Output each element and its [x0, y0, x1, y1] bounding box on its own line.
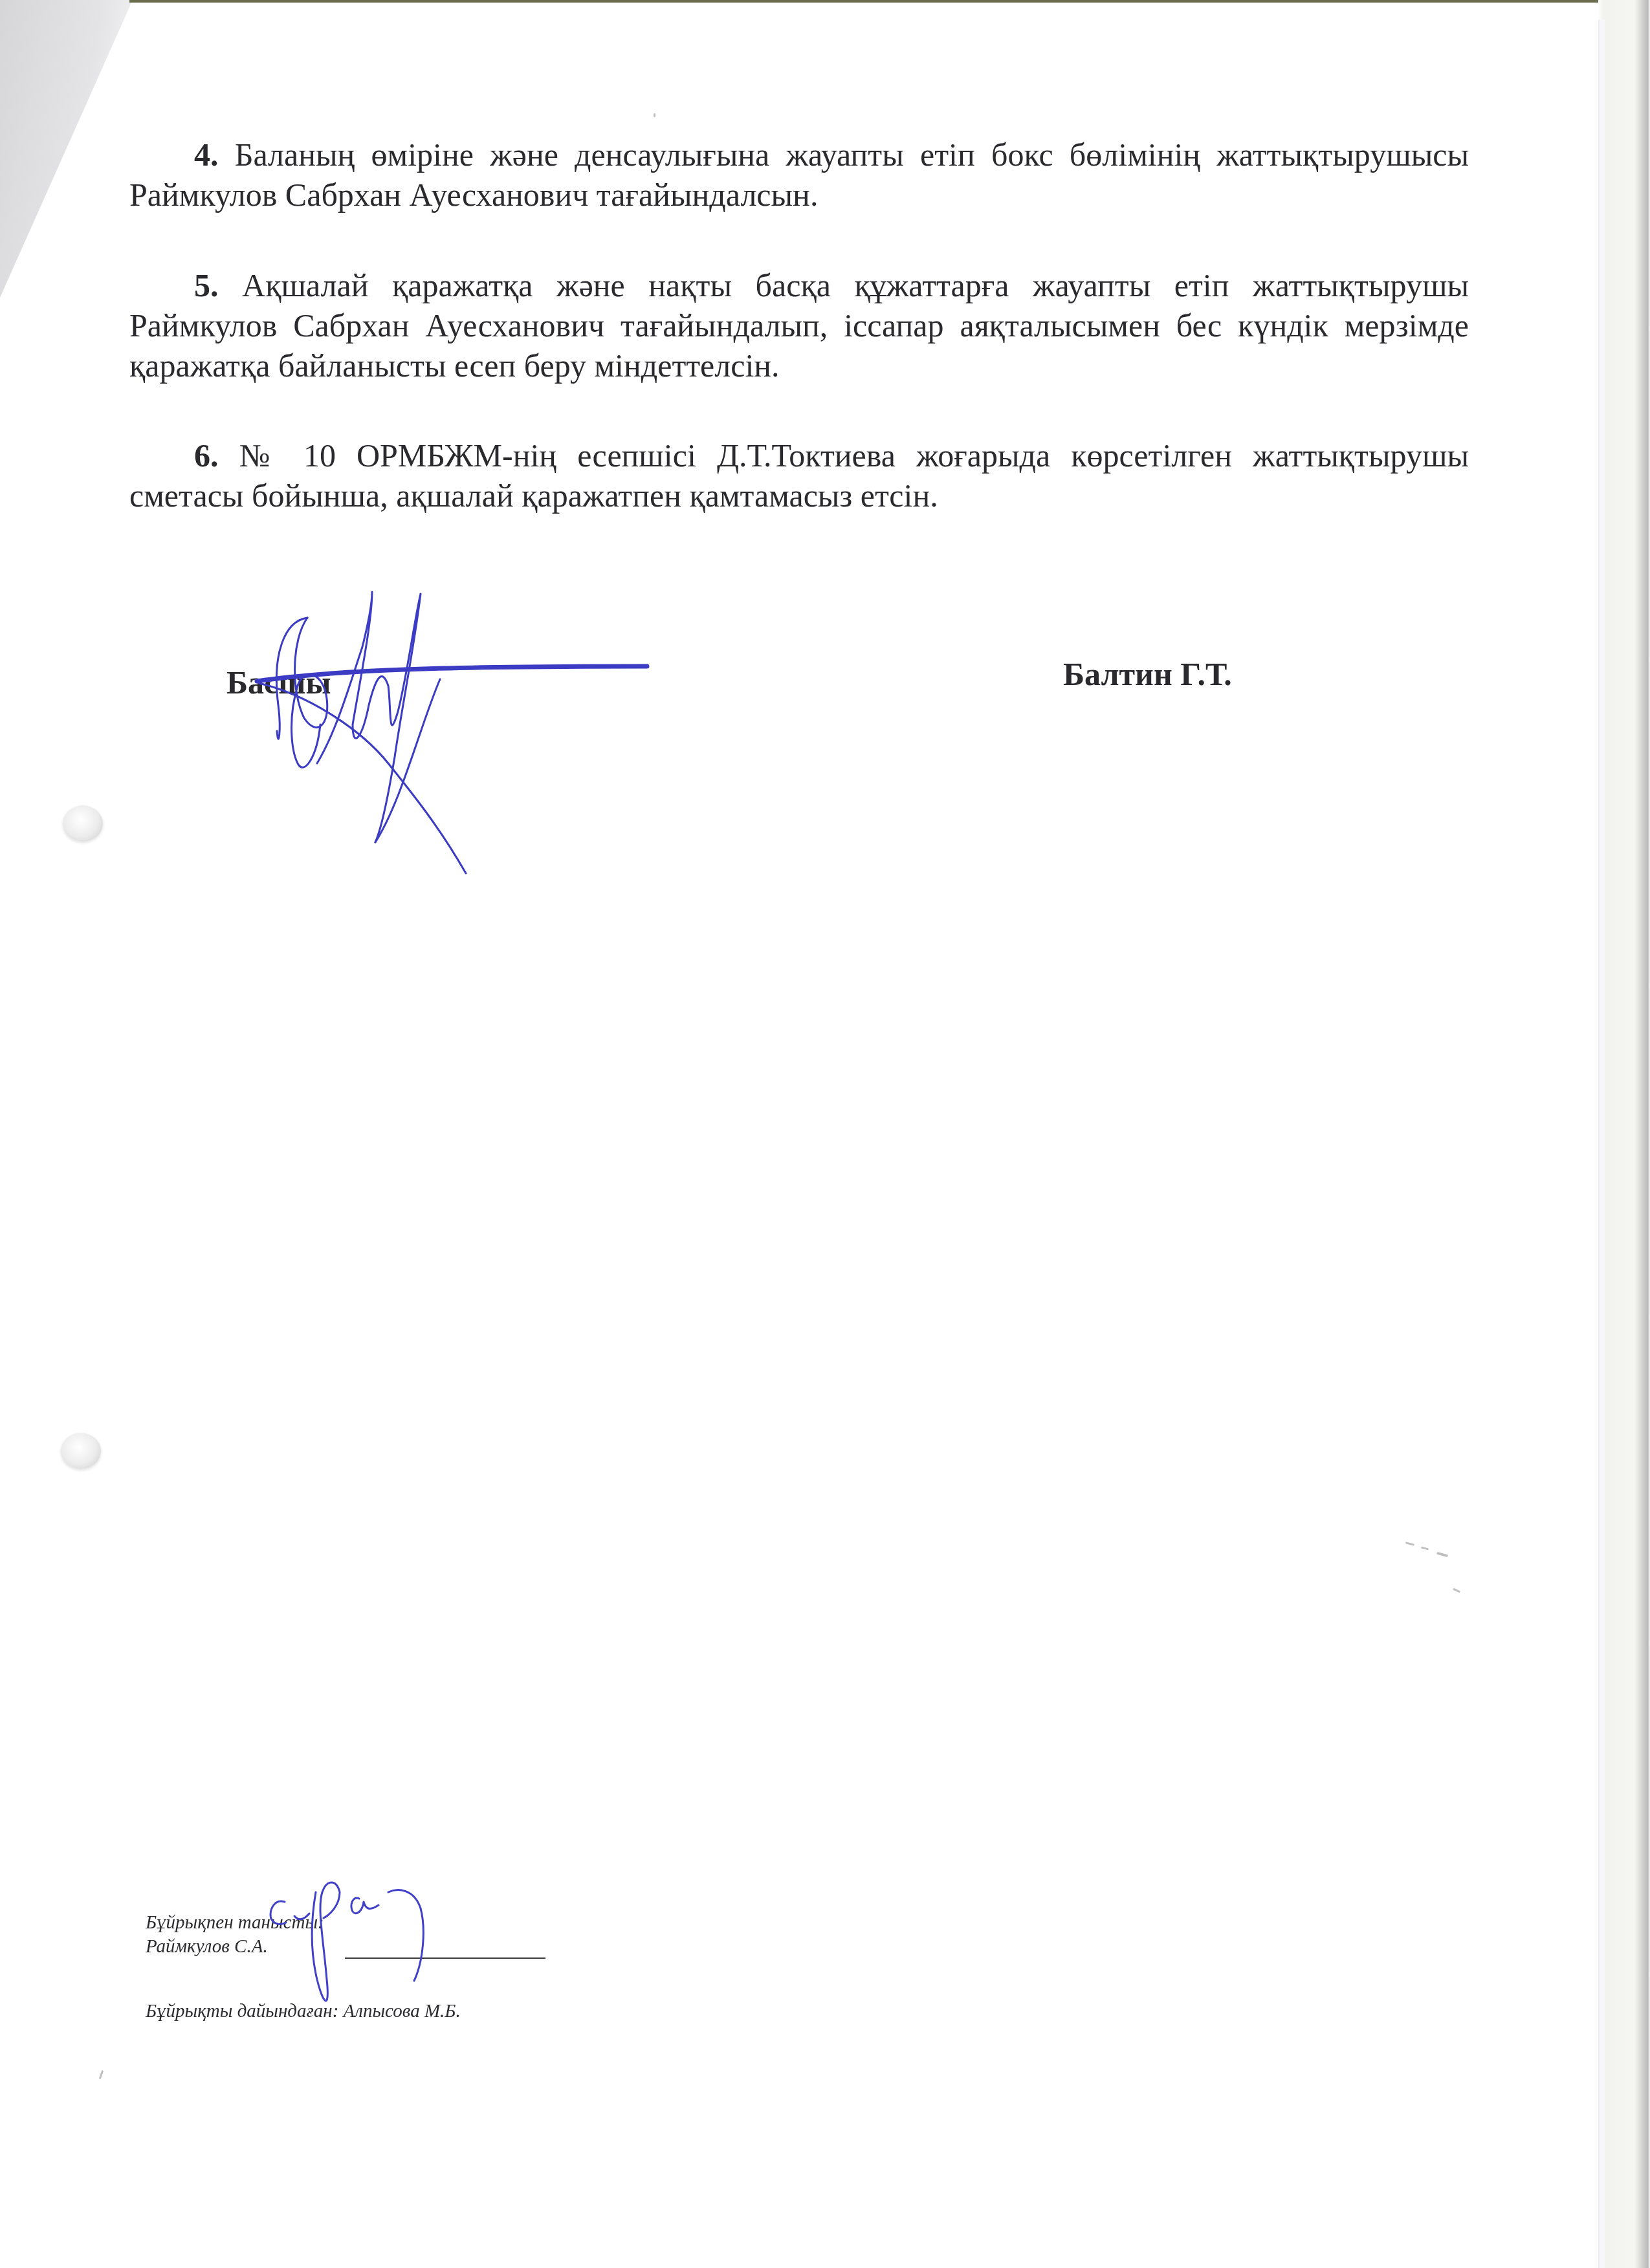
paragraph-4: 4. Баланың өміріне және денсаулығына жау…	[129, 135, 1469, 215]
paragraph-5: 5. Ақшалай қаражатқа және нақты басқа құ…	[129, 265, 1469, 386]
paragraph-text: Ақшалай қаражатқа және нақты басқа құжат…	[129, 267, 1469, 384]
paragraph-text: № 10 ОРМБЖМ-нің есепшісі Д.Т.Токтиева жо…	[129, 437, 1469, 514]
scan-speck	[1453, 1588, 1460, 1593]
paragraph-number: 5.	[194, 267, 219, 303]
scan-speck	[99, 2070, 104, 2079]
signatory-title: Басшы	[226, 663, 331, 702]
acknowledged-label: Бұйрықпен танысты:	[146, 1912, 324, 1934]
paragraph-6: 6. № 10 ОРМБЖМ-нің есепшісі Д.Т.Токтиева…	[129, 435, 1469, 516]
acknowledged-name: Раймкулов С.А.	[146, 1935, 268, 1957]
scan-right-edge	[1598, 0, 1650, 2268]
signature-line	[345, 1957, 545, 1959]
paragraph-number: 6.	[194, 437, 219, 474]
scan-speck	[1436, 1552, 1448, 1558]
scan-fold-shadow	[0, 0, 136, 298]
punch-hole	[61, 1433, 101, 1469]
scan-speck	[1421, 1546, 1429, 1550]
paragraph-text: Баланың өміріне және денсаулығына жауапт…	[129, 136, 1469, 213]
scan-speck	[1405, 1542, 1414, 1546]
signatory-name: Балтин Г.Т.	[1063, 655, 1232, 693]
prepared-by: Бұйрықты дайындаған: Алпысова М.Б.	[146, 2000, 461, 2022]
punch-hole	[63, 805, 103, 842]
paragraph-number: 4.	[194, 136, 219, 173]
scan-speck	[654, 113, 655, 117]
scan-top-edge	[129, 0, 1605, 3]
